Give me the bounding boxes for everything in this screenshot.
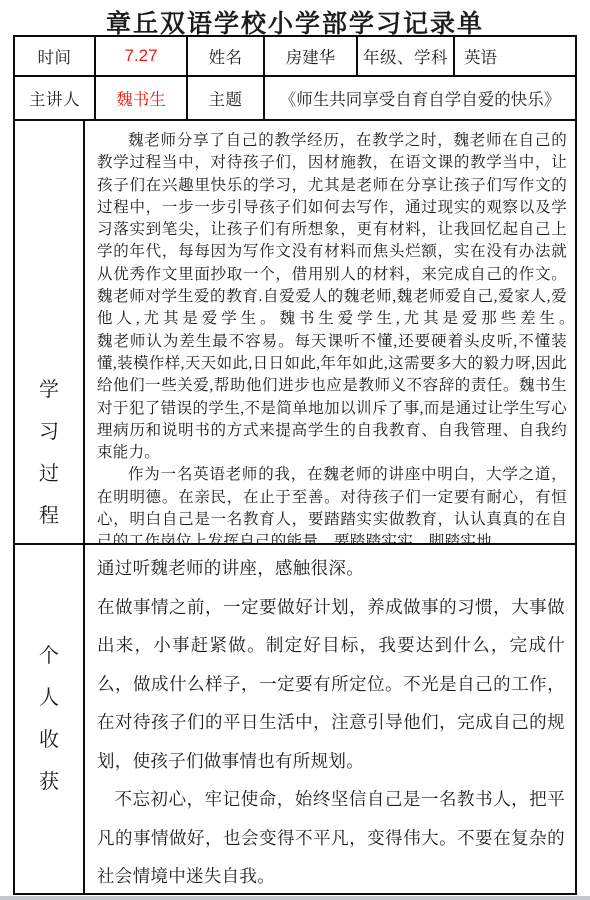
label-char: 程 bbox=[39, 495, 59, 537]
topic-value: 《师生共同享受自育自学自爱的快乐》 bbox=[265, 77, 575, 119]
time-value: 7.27 bbox=[96, 37, 188, 75]
header-row-2: 主讲人 魏书生 主题 《师生共同享受自育自学自爱的快乐》 bbox=[15, 77, 575, 121]
personal-gains-paragraph: 在做事情之前，一定要做好计划，养成做事的习惯，大事做出来，小事赶紧做。制定好目标… bbox=[97, 588, 565, 781]
label-char: 个 bbox=[39, 635, 59, 677]
page-bottom-edge bbox=[0, 896, 590, 900]
grade-subject-label: 年级、学科 bbox=[358, 37, 455, 75]
speaker-label: 主讲人 bbox=[15, 77, 96, 119]
learning-process-text: 魏老师分享了自己的教学经历，在教学之时，魏老师在自己的教学过程当中，对待孩子们，… bbox=[85, 121, 575, 543]
grade-subject-value: 英语 bbox=[455, 37, 575, 75]
personal-gains-row: 个 人 收 获 通过听魏老师的讲座，感触很深。 在做事情之前，一定要做好计划，养… bbox=[15, 545, 575, 893]
label-char: 收 bbox=[39, 719, 59, 761]
personal-gains-paragraph: 不忘初心，牢记使命，始终坚信自己是一名教书人，把平凡的事情做好，也会变得不平凡，… bbox=[97, 780, 565, 893]
learning-process-row: 学 习 过 程 魏老师分享了自己的教学经历，在教学之时，魏老师在自己的教学过程当… bbox=[15, 121, 575, 545]
personal-gains-section-label: 个 人 收 获 bbox=[15, 545, 85, 893]
label-char: 过 bbox=[39, 453, 59, 495]
record-table: 时间 7.27 姓名 房建华 年级、学科 英语 主讲人 魏书生 主题 《师生共同… bbox=[13, 35, 577, 895]
learning-process-section-label: 学 习 过 程 bbox=[15, 121, 85, 543]
time-label: 时间 bbox=[15, 37, 96, 75]
label-char: 获 bbox=[39, 761, 59, 803]
name-label: 姓名 bbox=[188, 37, 265, 75]
learning-process-paragraph: 魏老师分享了自己的教学经历，在教学之时，魏老师在自己的教学过程当中，对待孩子们，… bbox=[97, 130, 567, 464]
label-char: 学 bbox=[39, 369, 59, 411]
page-title: 章丘双语学校小学部学习记录单 bbox=[0, 0, 590, 31]
speaker-value: 魏书生 bbox=[96, 77, 188, 119]
name-value: 房建华 bbox=[265, 37, 358, 75]
topic-label: 主题 bbox=[188, 77, 265, 119]
learning-record-sheet: 章丘双语学校小学部学习记录单 时间 7.27 姓名 房建华 年级、学科 英语 主… bbox=[0, 0, 590, 900]
label-char: 习 bbox=[39, 411, 59, 453]
header-row-1: 时间 7.27 姓名 房建华 年级、学科 英语 bbox=[15, 37, 575, 77]
personal-gains-text: 通过听魏老师的讲座，感触很深。 在做事情之前，一定要做好计划，养成做事的习惯，大… bbox=[85, 545, 575, 893]
label-char: 人 bbox=[39, 677, 59, 719]
learning-process-paragraph: 作为一名英语老师的我，在魏老师的讲座中明白，大学之道，在明明德。在亲民，在止于至… bbox=[97, 464, 567, 543]
personal-gains-paragraph: 通过听魏老师的讲座，感触很深。 bbox=[97, 549, 565, 588]
